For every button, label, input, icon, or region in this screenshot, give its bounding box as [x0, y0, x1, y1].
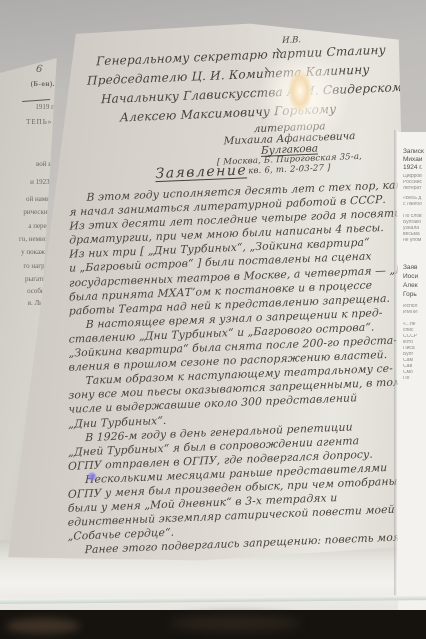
label-text-line: Смо — [403, 370, 426, 376]
label-text-line: Булг — [403, 352, 426, 358]
typed-fragment-red-underlined: у покажа — [0, 248, 48, 256]
label-heading-line: 1924 г. — [403, 164, 426, 171]
museum-display-photo: 6 (Б-он). 1919 г. ТЕПЬ». вой и и 1923- о… — [0, 0, 426, 639]
typed-fragment: особи- — [0, 287, 47, 295]
label-text-line: Сав — [403, 364, 426, 370]
label-heading-line: Записк — [403, 148, 426, 155]
letter-body: В этом году исполняется десять лет с тех… — [68, 178, 404, 558]
manuscript-text: И.В. Генеральному секретарю партии Стали… — [67, 34, 404, 578]
typed-fragment: вой и — [0, 160, 52, 168]
label-heading-line: Алек — [403, 282, 426, 289]
label-heading-line: Иоси — [403, 273, 426, 280]
label-text-line: спис — [403, 328, 426, 334]
label-heading-line: Заяв — [403, 264, 426, 271]
label-text-line: Испол — [403, 304, 426, 310]
label-text-line: Цифров — [403, 174, 426, 180]
page-number: 6 — [35, 64, 43, 76]
label-text-line: узнала — [403, 226, 426, 232]
label-heading-line: Михаи — [403, 156, 426, 163]
museum-label-panel: Записк Михаи 1924 г. Цифров Российс лите… — [398, 132, 426, 610]
inserted-initials: И.В. — [282, 35, 301, 46]
camera-flash-glare-core — [288, 70, 312, 112]
typed-fragment: а пере- — [0, 222, 49, 230]
typed-fragment: го нагру — [0, 262, 48, 270]
label-text-line: «Весь д — [403, 196, 426, 202]
typed-fragment: (Б-он). — [0, 80, 55, 88]
label-text-line: По слов — [403, 214, 426, 220]
manuscript-page: И.В. Генеральному секретарю партии Стали… — [0, 0, 426, 639]
typed-fragment: рыгать. — [0, 275, 47, 283]
label-text-line: «...пе — [403, 322, 426, 328]
typed-fragment: ТЕПЬ». — [0, 118, 55, 126]
label-text-line: с Лжебо — [403, 202, 426, 208]
label-heading-line: Горь — [403, 291, 426, 298]
typed-fragment-text: у покажа — [21, 248, 48, 256]
dark-base — [0, 610, 426, 639]
typed-fragment-red-underlined: я. Лит — [0, 299, 46, 307]
handwritten-mark — [22, 95, 50, 102]
base-shadow-blob — [170, 616, 300, 631]
typed-fragment: и 1923- — [0, 178, 52, 186]
label-text-line: Сам — [403, 358, 426, 364]
label-text-line: По — [403, 376, 426, 382]
label-text-line: ИМЛИ — [403, 310, 426, 316]
label-text-line: весьма — [403, 232, 426, 238]
typed-fragment: го, немно, — [0, 235, 49, 243]
reflection-dot — [87, 472, 97, 481]
label-text-line: Булгако — [403, 220, 426, 226]
typed-fragment: рически- — [0, 208, 50, 216]
label-text-line: Российс — [403, 180, 426, 186]
label-text-line: литерат — [403, 186, 426, 192]
base-shadow-blob — [6, 618, 80, 634]
typed-fragment: 1919 г. — [0, 103, 55, 111]
typed-fragment: ой нами — [0, 195, 50, 203]
label-text-line: не упом — [403, 238, 426, 244]
label-text-line: кото — [403, 340, 426, 346]
label-text-line: СССР — [403, 334, 426, 340]
letter-title: Заявление — [155, 162, 247, 182]
label-text-line: Писа — [403, 346, 426, 352]
addressee-block: Генеральному секретарю партии Сталину Пр… — [70, 34, 404, 129]
